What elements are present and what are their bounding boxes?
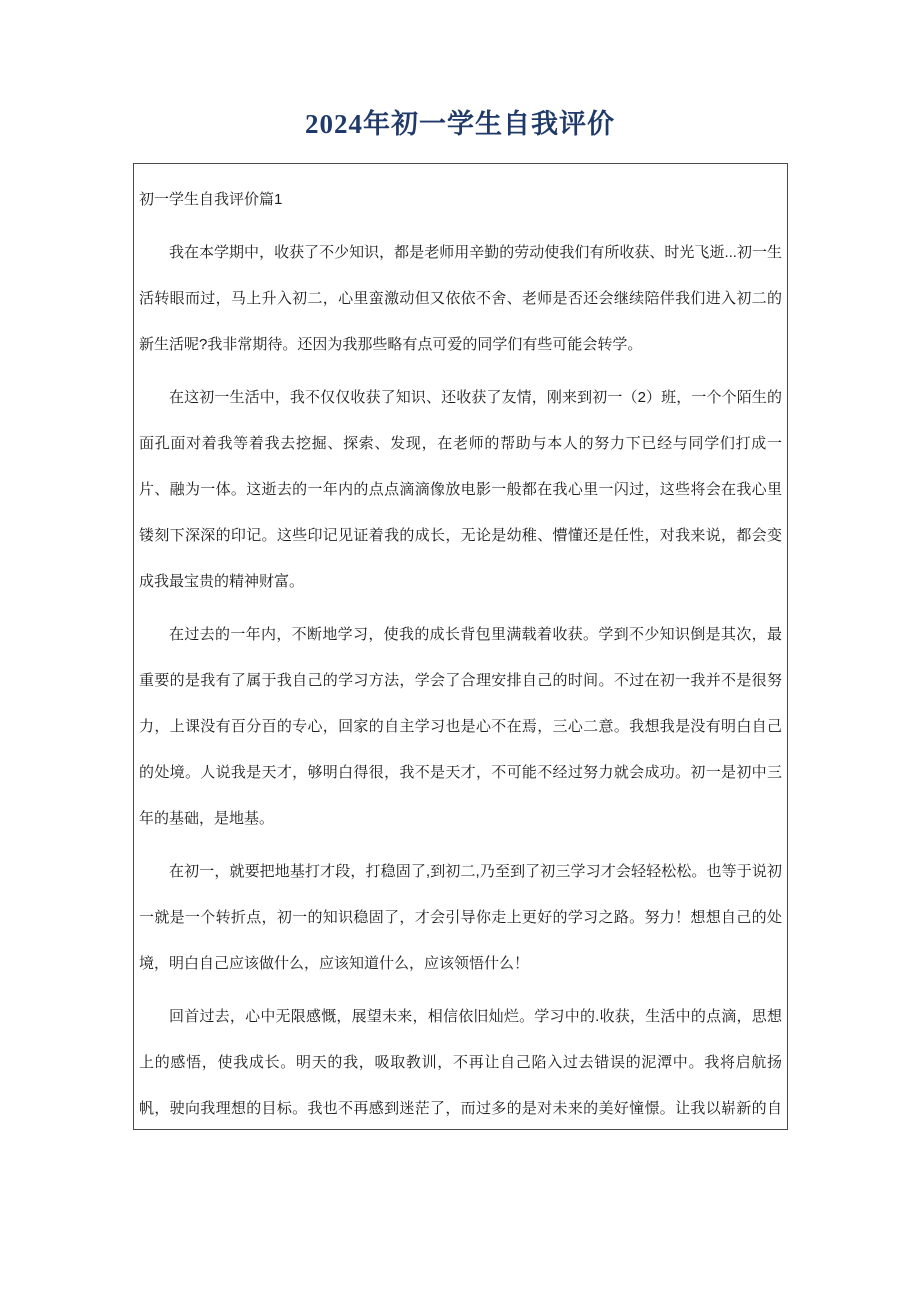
page-title: 2024年初一学生自我评价 — [0, 0, 920, 145]
paragraph: 在这初一生活中，我不仅仅收获了知识、还收获了友情，刚来到初一（2）班，一个个陌生… — [139, 375, 782, 605]
content-box: 初一学生自我评价篇1 我在本学期中，收获了不少知识，都是老师用辛勤的劳动使我们有… — [133, 163, 788, 1130]
paragraph: 我在本学期中，收获了不少知识，都是老师用辛勤的劳动使我们有所收获、时光飞逝...… — [139, 230, 782, 368]
paragraph: 回首过去，心中无限感慨，展望未来，相信依旧灿烂。学习中的.收获，生活中的点滴，思… — [139, 994, 782, 1130]
document-page: 2024年初一学生自我评价 初一学生自我评价篇1 我在本学期中，收获了不少知识，… — [0, 0, 920, 1301]
paragraph: 在初一，就要把地基打才段，打稳固了,到初二,乃至到了初三学习才会轻轻松松。也等于… — [139, 849, 782, 987]
paragraph: 在过去的一年内，不断地学习，使我的成长背包里满载着收获。学到不少知识倒是其次，最… — [139, 612, 782, 842]
section-heading: 初一学生自我评价篇1 — [139, 177, 782, 223]
